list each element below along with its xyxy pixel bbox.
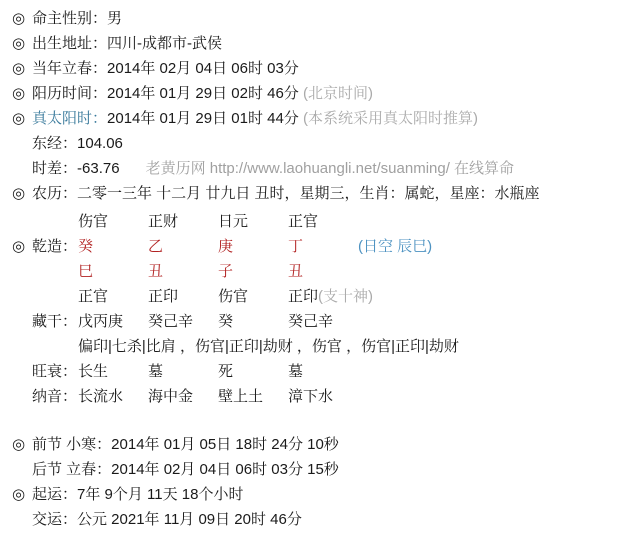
longitude-label: 东经： — [32, 135, 77, 152]
stem-god: 正财 — [148, 209, 218, 234]
solar-time-label: 阳历时间： — [32, 85, 107, 102]
canggan-gods-text: 偏印|七杀|比肩 ，伤官|正印|劫财 ，伤官 ，伤官|正印|劫财 — [78, 338, 459, 355]
lichun-value: 2014年 02月 04日 06时 03分 — [107, 60, 299, 77]
lichun-line: ◎当年立春：2014年 02月 04日 06时 03分 — [0, 56, 624, 81]
solar-time-value: 2014年 01月 29日 02时 46分 — [107, 85, 299, 102]
heavenly-stem: 癸 — [78, 234, 148, 259]
next-term-label: 后节 立春： — [32, 461, 111, 478]
nayin-label: 纳音： — [32, 384, 78, 409]
bullet-icon: ◎ — [12, 56, 25, 81]
earthly-branch: 丑 — [288, 259, 358, 284]
canggan-cell: 癸 — [218, 309, 288, 334]
wangshuai-row: 旺衰：长生墓死墓 — [0, 359, 624, 384]
jiaoyun-line: 交运：公元 2021年 11月 09日 20时 46分 — [0, 507, 624, 532]
bullet-icon: ◎ — [12, 234, 25, 259]
branch-god: 正印 — [288, 288, 318, 305]
time-diff-label: 时差： — [32, 160, 77, 177]
jiaoyun-label: 交运： — [32, 511, 77, 528]
birthplace-value: 四川-成都市-武侯 — [107, 35, 222, 52]
earthly-branch: 丑 — [148, 259, 218, 284]
branch-gods-row: 正官正印伤官正印(支十神) — [0, 284, 624, 309]
bazi-report-page: ◎命主性别：男 ◎出生地址：四川-成都市-武侯 ◎当年立春：2014年 02月 … — [0, 0, 624, 532]
wangshuai-cell: 墓 — [288, 359, 358, 384]
stem-god: 日元 — [218, 209, 288, 234]
gender-value: 男 — [107, 10, 122, 27]
true-solar-time-line: ◎真太阳时：2014年 01月 29日 01时 44分 (本系统采用真太阳时推算… — [0, 106, 624, 131]
prev-term-line: ◎前节 小寒：2014年 01月 05日 18时 24分 10秒 — [0, 432, 624, 457]
bullet-icon: ◎ — [12, 106, 25, 131]
earthly-branch: 子 — [218, 259, 288, 284]
bullet-icon: ◎ — [12, 432, 25, 457]
lichun-label: 当年立春： — [32, 60, 107, 77]
bullet-icon: ◎ — [12, 482, 25, 507]
wangshuai-cell: 死 — [218, 359, 288, 384]
true-solar-time-link[interactable]: 真太阳时： — [32, 110, 107, 127]
stem-god: 伤官 — [78, 209, 148, 234]
next-term-line: 后节 立春：2014年 02月 04日 06时 03分 15秒 — [0, 457, 624, 482]
branch-god: 正印 — [148, 284, 218, 309]
true-solar-note: (本系统采用真太阳时推算) — [303, 110, 478, 127]
bullet-icon: ◎ — [12, 6, 25, 31]
wangshuai-label: 旺衰： — [32, 359, 78, 384]
wangshuai-cell: 长生 — [78, 359, 148, 384]
branch-gods-note: (支十神) — [318, 288, 373, 305]
next-term-value: 2014年 02月 04日 06时 03分 15秒 — [111, 461, 339, 478]
qianzao-label: 乾造： — [32, 234, 78, 259]
nayin-row: 纳音：长流水海中金壁上土漳下水 — [0, 384, 624, 409]
stem-god: 正官 — [288, 209, 358, 234]
canggan-cell: 癸己辛 — [288, 309, 358, 334]
prev-term-value: 2014年 01月 05日 18时 24分 10秒 — [111, 436, 339, 453]
branches-row: 巳丑子丑 — [0, 259, 624, 284]
canggan-cell: 癸己辛 — [148, 309, 218, 334]
nayin-cell: 壁上土 — [218, 384, 288, 409]
bullet-icon: ◎ — [12, 81, 25, 106]
qiyun-label: 起运： — [32, 486, 77, 503]
bullet-icon: ◎ — [12, 31, 25, 56]
lunar-line: ◎农历：二零一三年 十二月 廿九日 丑时，星期三，生肖：属蛇，星座：水瓶座 — [0, 181, 624, 206]
stem-gods-row: 伤官正财日元正官 — [0, 209, 624, 234]
solar-time-line: ◎阳历时间：2014年 01月 29日 02时 46分 (北京时间) — [0, 81, 624, 106]
time-diff-value: -63.76 — [77, 160, 120, 177]
birthplace-line: ◎出生地址：四川-成都市-武侯 — [0, 31, 624, 56]
wangshuai-cell: 墓 — [148, 359, 218, 384]
qiyun-line: ◎起运：7年 9个月 11天 18个小时 — [0, 482, 624, 507]
longitude-line: 东经：104.06 — [0, 131, 624, 156]
heavenly-stem: 丁 — [288, 234, 358, 259]
prev-term-label: 前节 小寒： — [32, 436, 111, 453]
true-solar-time-value: 2014年 01月 29日 01时 44分 — [107, 110, 299, 127]
qiyun-value: 7年 9个月 11天 18个小时 — [77, 486, 243, 503]
canggan-row: 藏干：戊丙庚癸己辛癸癸己辛 — [0, 309, 624, 334]
heavenly-stem: 庚 — [218, 234, 288, 259]
time-diff-line: 时差：-63.76老黄历网 http://www.laohuangli.net/… — [0, 156, 624, 181]
bullet-icon: ◎ — [12, 181, 25, 206]
birthplace-label: 出生地址： — [32, 35, 107, 52]
gender-label: 命主性别： — [32, 10, 107, 27]
pillars-row: ◎乾造：癸乙庚丁(日空 辰巳) — [0, 234, 624, 259]
canggan-cell: 戊丙庚 — [78, 309, 148, 334]
lunar-label: 农历： — [32, 185, 77, 202]
void-branches-note: (日空 辰巳) — [358, 238, 432, 255]
gender-line: ◎命主性别：男 — [0, 6, 624, 31]
longitude-value: 104.06 — [77, 135, 123, 152]
nayin-cell: 长流水 — [78, 384, 148, 409]
nayin-cell: 漳下水 — [288, 384, 358, 409]
branch-god: 伤官 — [218, 284, 288, 309]
canggan-gods-row: 偏印|七杀|比肩 ，伤官|正印|劫财 ，伤官 ，伤官|正印|劫财 — [0, 334, 624, 359]
canggan-label: 藏干： — [32, 309, 78, 334]
jiaoyun-value: 公元 2021年 11月 09日 20时 46分 — [77, 511, 302, 528]
heavenly-stem: 乙 — [148, 234, 218, 259]
nayin-cell: 海中金 — [148, 384, 218, 409]
beijing-time-note: (北京时间) — [303, 85, 373, 102]
site-watermark: 老黄历网 http://www.laohuangli.net/suanming/… — [146, 160, 514, 177]
lunar-value: 二零一三年 十二月 廿九日 丑时，星期三，生肖：属蛇，星座：水瓶座 — [77, 185, 540, 202]
branch-god: 正官 — [78, 284, 148, 309]
earthly-branch: 巳 — [78, 259, 148, 284]
section-gap — [0, 409, 624, 432]
